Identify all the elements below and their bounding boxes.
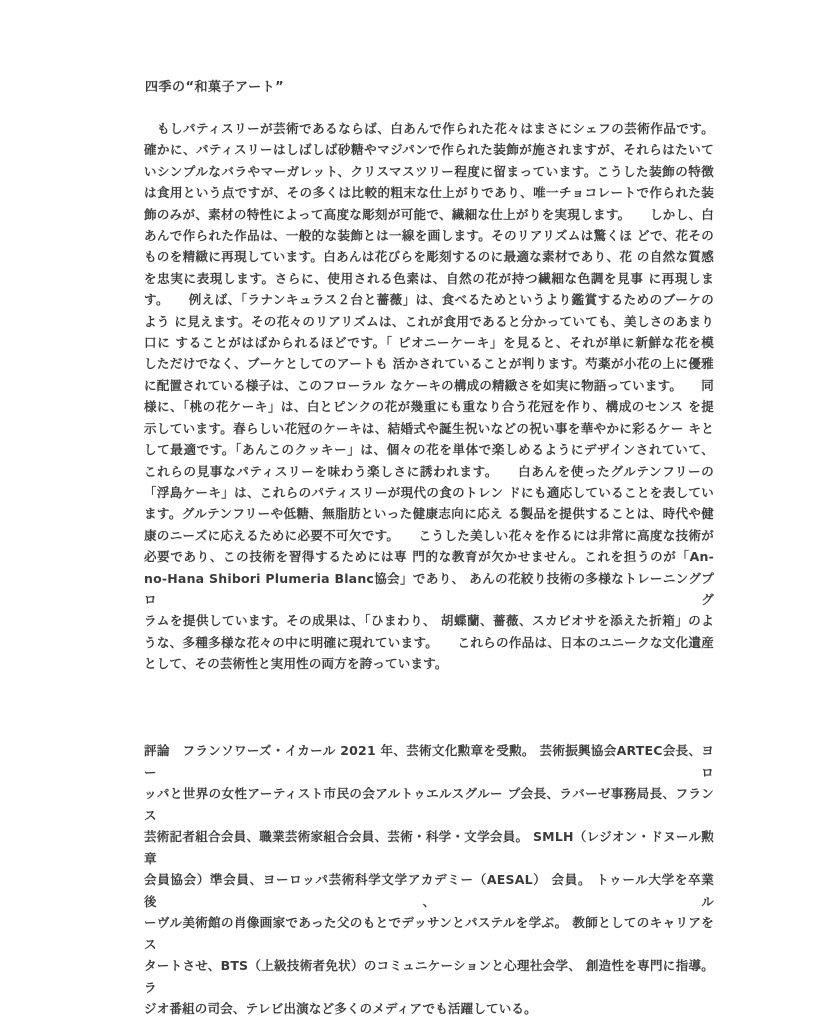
page-title: 四季の“和菓子アート” — [145, 76, 284, 95]
body-line: これらの見事なパティスリーを味わう楽しさに誘われます。 白あんを使ったグルテンフ… — [144, 461, 714, 482]
body-line: ラムを提供しています。その成果は、「ひまわり、 胡蝶蘭、薔薇、スカビオサを添えた… — [144, 610, 714, 631]
body-line: を忠実に表現します。さらに、使用される色素は、自然の花が持つ繊細な色調を見事 に… — [144, 268, 714, 289]
body-line: に配置されている様子は、このフローラル なケーキの構成の精緻さを如実に物語ってい… — [144, 375, 714, 396]
body-line: ものを精緻に再現しています。白あんは花びらを彫刻するのに最適な素材であり、花 の… — [144, 246, 714, 267]
body-line: 様に、「桃の花ケーキ」は、白とピンクの花が幾重にも重なり合う花冠を作り、構成のセ… — [144, 396, 714, 417]
body-line: は食用という点ですが、その多くは比較的粗末な仕上がりであり、唯一チョコレートで作… — [144, 182, 714, 203]
bio-line: 芸術記者組合会員、職業芸術家組合会員、芸術・科学・文学会員。 SMLH（レジオン… — [144, 826, 714, 869]
body-line: す。 例えば、「ラナンキュラス２台と薔薇」は、食べるためというより鑑賞するための… — [144, 289, 714, 310]
author-bio: 評論 フランソワーズ・イカール 2021 年、芸術文化勲章を受勲。 芸術振興協会… — [144, 740, 714, 1020]
body-line: 確かに、パティスリーはしばしば砂糖やマジパンで作られた装飾が施されますが、それら… — [144, 139, 714, 160]
bio-line: ーヴル美術館の肖像画家であった父のもとでデッサンとパステルを学ぶ。 教師としての… — [144, 912, 714, 955]
bio-line: 会員協会）準会員、ヨーロッパ芸術科学文学アカデミー（AESAL） 会員。 トゥー… — [144, 869, 714, 912]
bio-line: タートさせ、BTS（上級技術者免状）のコミュニケーションと心理社会学、 創造性を… — [144, 955, 714, 998]
body-line: して最適です。「あんこのクッキー」は、個々の花を単体で楽しめるようにデザインされ… — [144, 439, 714, 460]
body-line: 口に することがはばかられるほどです。「 ピオニーケーキ」を見ると、それが単に新… — [144, 332, 714, 353]
document-page: 四季の“和菓子アート” もしパティスリーが芸術であるならば、白あんで作られた花々… — [0, 0, 819, 1024]
bio-line: 評論 フランソワーズ・イカール 2021 年、芸術文化勲章を受勲。 芸術振興協会… — [144, 740, 714, 783]
body-line: 康のニーズに応えるために必要不可欠です。 こうした美しい花々を作るには非常に高度… — [144, 525, 714, 546]
body-line: 「浮島ケーキ」は、これらのパティスリーが現代の食のトレン ドにも適応していること… — [144, 482, 714, 503]
body-line: ます。グルテンフリーや低糖、無脂肪といった健康志向に応え る製品を提供することは… — [144, 503, 714, 524]
body-line: 飾のみが、素材の特性によって高度な彫刻が可能で、繊細な仕上がりを実現します。 し… — [144, 204, 714, 225]
body-line: うな、多種多様な花々の中に明確に現れています。 これらの作品は、日本のユニークな… — [144, 632, 714, 653]
body-line: no-Hana Shibori Plumeria Blanc協会」であり、 あん… — [144, 568, 714, 611]
body-line: もしパティスリーが芸術であるならば、白あんで作られた花々はまさにシェフの芸術作品… — [144, 118, 714, 139]
body-line: よう に見えます。その花々のリアリズムは、これが食用であると分かっていても、美し… — [144, 311, 714, 332]
body-line: として、その芸術性と実用性の両方を誇っています。 — [144, 653, 714, 674]
body-line: 示しています。春らしい花冠のケーキは、結婚式や誕生祝いなどの祝い事を華やかに彩る… — [144, 418, 714, 439]
body-line: しただけでなく、ブーケとしてのアートも 活かされていることが判ります。芍薬が小花… — [144, 353, 714, 374]
body-line: あんで作られた作品は、一般的な装飾とは一線を画します。そのリアリズムは驚くほ ど… — [144, 225, 714, 246]
bio-line: ジオ番組の司会、テレビ出演など多くのメディアでも活躍している。 — [144, 998, 714, 1020]
body-line: 必要であり、この技術を習得するためには専 門的な教育が欠かせません。これを担うの… — [144, 546, 714, 567]
bio-line: ッパと世界の女性アーティスト市民の会アルトゥエルスグルー プ会長、ラバーゼ事務局… — [144, 783, 714, 826]
body-line: いシンプルなバラやマーガレット、クリスマスツリー程度に留まっています。こうした装… — [144, 161, 714, 182]
article-body: もしパティスリーが芸術であるならば、白あんで作られた花々はまさにシェフの芸術作品… — [144, 118, 714, 675]
